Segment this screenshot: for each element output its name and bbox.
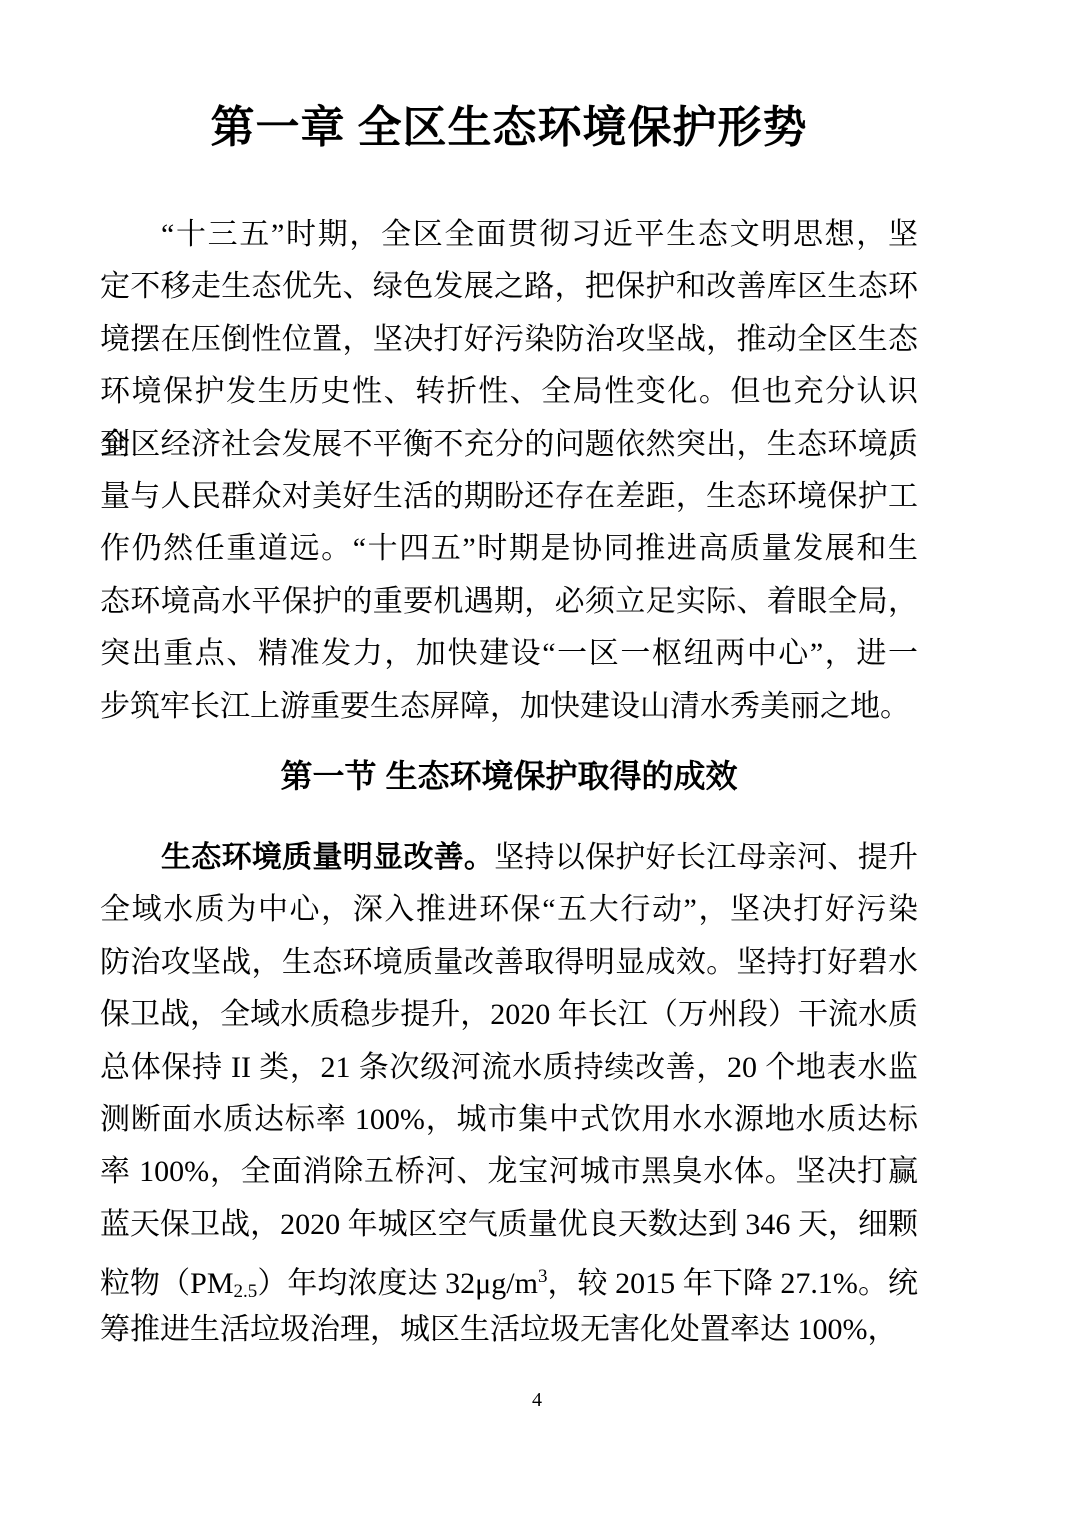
cubic-meter-superscript: 3 [538,1266,548,1287]
text-segment: 坚持以保护好长江母亲河、提升 [494,841,918,874]
section-title: 第一节 生态环境保护取得的成效 [100,754,918,798]
paragraph-1: “十三五”时期，全区全面贯彻习近平生态文明思想，坚 定不移走生态优先、绿色发展之… [100,209,918,733]
pm25-subscript: 2.5 [234,1281,258,1302]
text-line: 境摆在压倒性位置，坚决打好污染防治攻坚战，推动全区生态 [100,314,918,366]
text-line: 定不移走生态优先、绿色发展之路，把保护和改善库区生态环 [100,261,918,313]
text-line: 测断面水质达标率 100%，城市集中式饮用水水源地水质达标 [100,1094,918,1146]
text-line: 粒物（PM2.5）年均浓度达 32μg/m3，较 2015 年下降 27.1%。… [100,1251,918,1303]
text-line: 率 100%，全面消除五桥河、龙宝河城市黑臭水体。坚决打赢 [100,1146,918,1198]
paragraph-2: 生态环境质量明显改善。坚持以保护好长江母亲河、提升 全域水质为中心，深入推进环保… [100,832,918,1356]
text-line: 筹推进生活垃圾治理，城区生活垃圾无害化处置率达 100%， [100,1304,918,1356]
text-line: 突出重点、精准发力，加快建设“一区一枢纽两中心”，进一 [100,628,918,680]
text-segment: ，较 2015 年下降 27.1%。统 [547,1267,918,1300]
bold-lead-text: 生态环境质量明显改善。 [161,841,494,874]
text-line: 保卫战，全域水质稳步提升，2020 年长江（万州段）干流水质 [100,989,918,1041]
text-line: “十三五”时期，全区全面贯彻习近平生态文明思想，坚 [100,209,918,261]
text-line: 作仍然任重道远。“十四五”时期是协同推进高质量发展和生 [100,523,918,575]
text-segment: 粒物（PM [100,1267,234,1300]
text-line: 全区经济社会发展不平衡不充分的问题依然突出，生态环境质 [100,419,918,471]
chapter-title: 第一章 全区生态环境保护形势 [100,96,918,160]
text-line: 态环境高水平保护的重要机遇期，必须立足实际、着眼全局， [100,576,918,628]
page-number: 4 [0,1388,1074,1412]
text-line: 环境保护发生历史性、转折性、全局性变化。但也充分认识到， [100,366,918,418]
document-page: 第一章 全区生态环境保护形势 “十三五”时期，全区全面贯彻习近平生态文明思想，坚… [0,0,1074,1520]
text-line: 全域水质为中心，深入推进环保“五大行动”，坚决打好污染 [100,884,918,936]
text-line: 防治攻坚战，生态环境质量改善取得明显成效。坚持打好碧水 [100,937,918,989]
text-line: 步筑牢长江上游重要生态屏障，加快建设山清水秀美丽之地。 [100,681,918,733]
text-line: 蓝天保卫战，2020 年城区空气质量优良天数达到 346 天，细颗 [100,1199,918,1251]
text-line: 生态环境质量明显改善。坚持以保护好长江母亲河、提升 [100,832,918,884]
text-line: 量与人民群众对美好生活的期盼还存在差距，生态环境保护工 [100,471,918,523]
text-segment: ）年均浓度达 32μg/m [257,1267,538,1300]
text-line: 总体保持 II 类，21 条次级河流水质持续改善，20 个地表水监 [100,1042,918,1094]
